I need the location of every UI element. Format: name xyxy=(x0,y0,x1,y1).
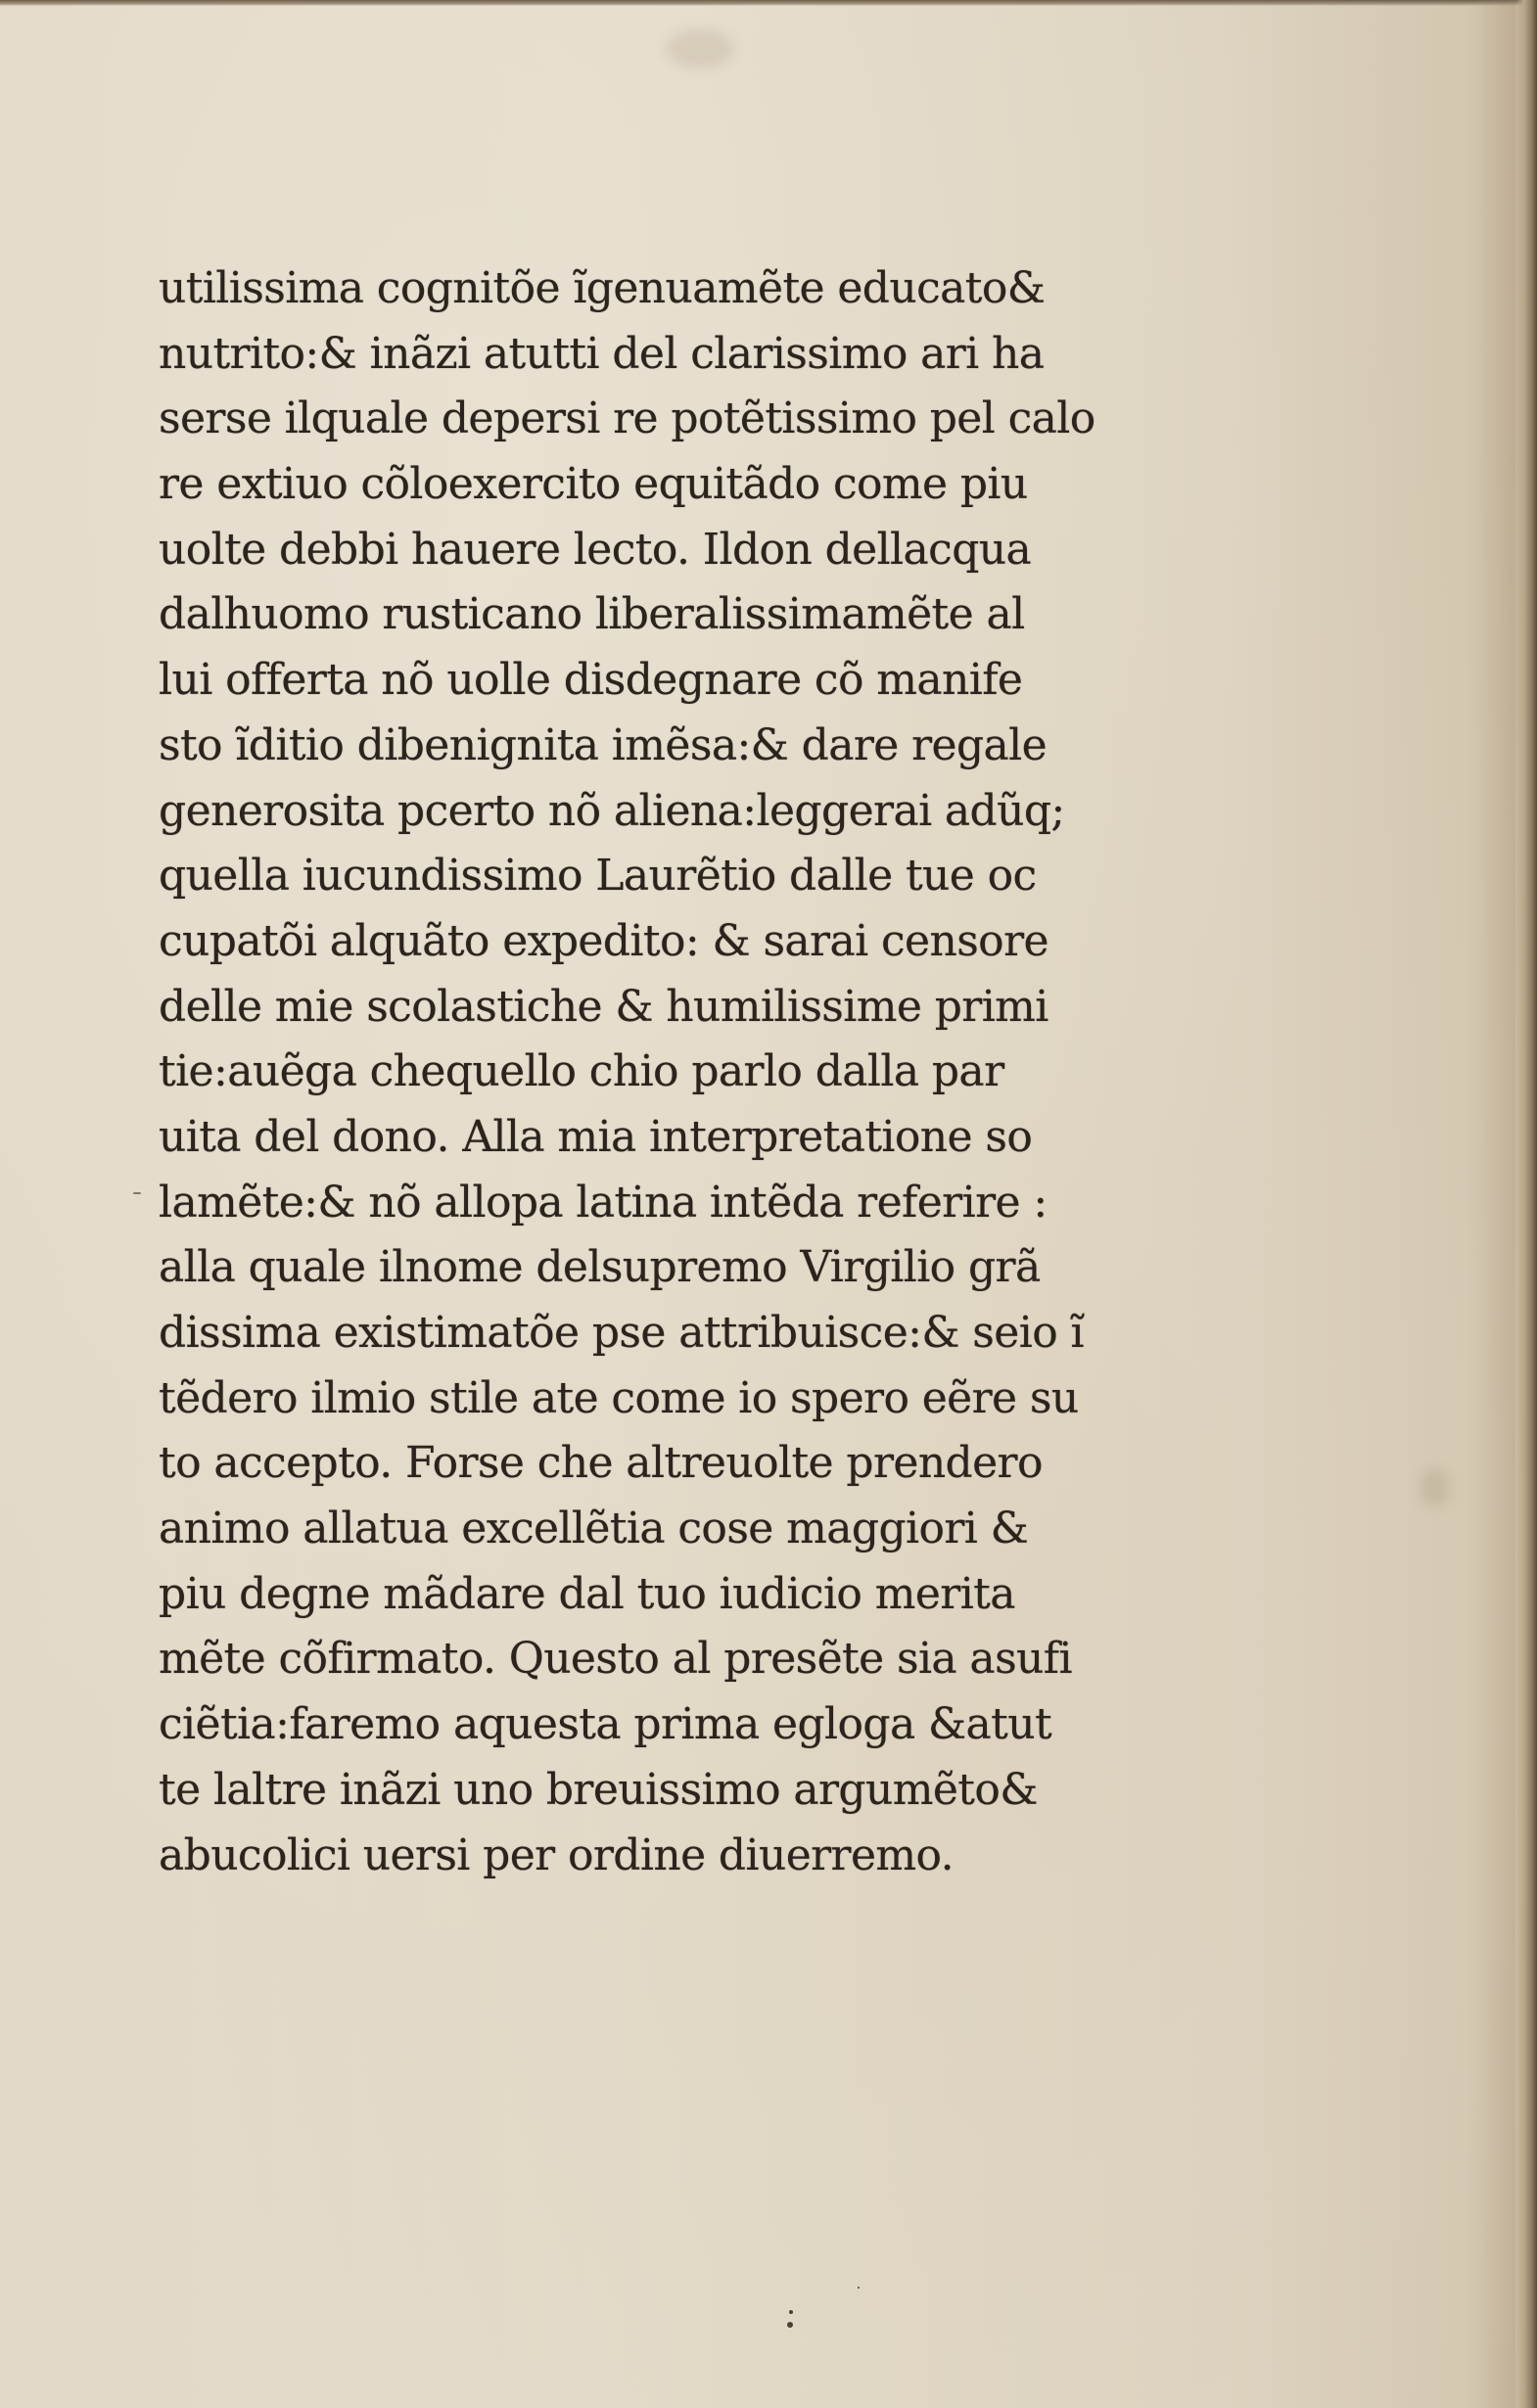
book-page: utilissima cognitõe ĩgenuamẽte educato& … xyxy=(0,0,1537,2408)
text-line: piu degne mãdare dal tuo iudicio merita xyxy=(159,1562,1138,1628)
text-line: tẽdero ilmio stile ate come io spero eẽr… xyxy=(159,1366,1138,1432)
text-line: cupatõi alquãto expedito: & sarai censor… xyxy=(159,909,1138,975)
ink-speck xyxy=(133,1192,141,1194)
text-line: lamẽte:& nõ allopa latina intẽda referir… xyxy=(159,1171,1138,1236)
text-line: to accepto. Forse che altreuolte prender… xyxy=(159,1431,1138,1497)
text-line: tie:auẽga chequello chio parlo dalla par xyxy=(159,1040,1138,1105)
text-line: te laltre inãzi uno breuissimo argumẽto& xyxy=(159,1758,1138,1824)
text-line: animo allatua excellẽtia cose maggiori & xyxy=(159,1497,1138,1562)
text-line: quella iucundissimo Laurẽtio dalle tue o… xyxy=(159,844,1138,909)
body-text: utilissima cognitõe ĩgenuamẽte educato& … xyxy=(159,256,1138,1888)
ink-speck xyxy=(858,2287,860,2289)
paper-stain xyxy=(666,29,734,69)
page-gutter-shadow xyxy=(1467,0,1515,2408)
ink-speck xyxy=(789,2310,793,2314)
ink-speck xyxy=(787,2322,793,2328)
text-line: dissima existimatõe pse attribuisce:& se… xyxy=(159,1301,1138,1366)
text-line: abucolici uersi per ordine diuerremo. xyxy=(159,1824,1138,1889)
text-line: alla quale ilnome delsupremo Virgilio gr… xyxy=(159,1235,1138,1301)
text-line: mẽte cõfirmato. Questo al presẽte sia as… xyxy=(159,1627,1138,1692)
paper-stain xyxy=(1420,1468,1449,1507)
text-line: sto ĩditio dibenignita imẽsa:& dare rega… xyxy=(159,714,1138,779)
text-line: utilissima cognitõe ĩgenuamẽte educato& xyxy=(159,256,1138,322)
text-line: uolte debbi hauere lecto. Ildon dellacqu… xyxy=(159,518,1138,583)
text-line: generosita pcerto nõ aliena:leggerai adũ… xyxy=(159,779,1138,845)
text-line: serse ilquale depersi re potẽtissimo pel… xyxy=(159,387,1138,452)
text-line: nutrito:& inãzi atutti del clarissimo ar… xyxy=(159,322,1138,388)
text-line: delle mie scolastiche & humilissime prim… xyxy=(159,975,1138,1041)
text-line: uita del dono. Alla mia interpretatione … xyxy=(159,1105,1138,1171)
page-top-edge xyxy=(0,0,1537,6)
text-line: lui offerta nõ uolle disdegnare cõ manif… xyxy=(159,648,1138,714)
text-line: re extiuo cõloexercito equitãdo come piu xyxy=(159,452,1138,518)
page-right-edge xyxy=(1515,0,1537,2408)
text-line: ciẽtia:faremo aquesta prima egloga &atut xyxy=(159,1692,1138,1758)
text-line: dalhuomo rusticano liberalissimamẽte al xyxy=(159,582,1138,648)
